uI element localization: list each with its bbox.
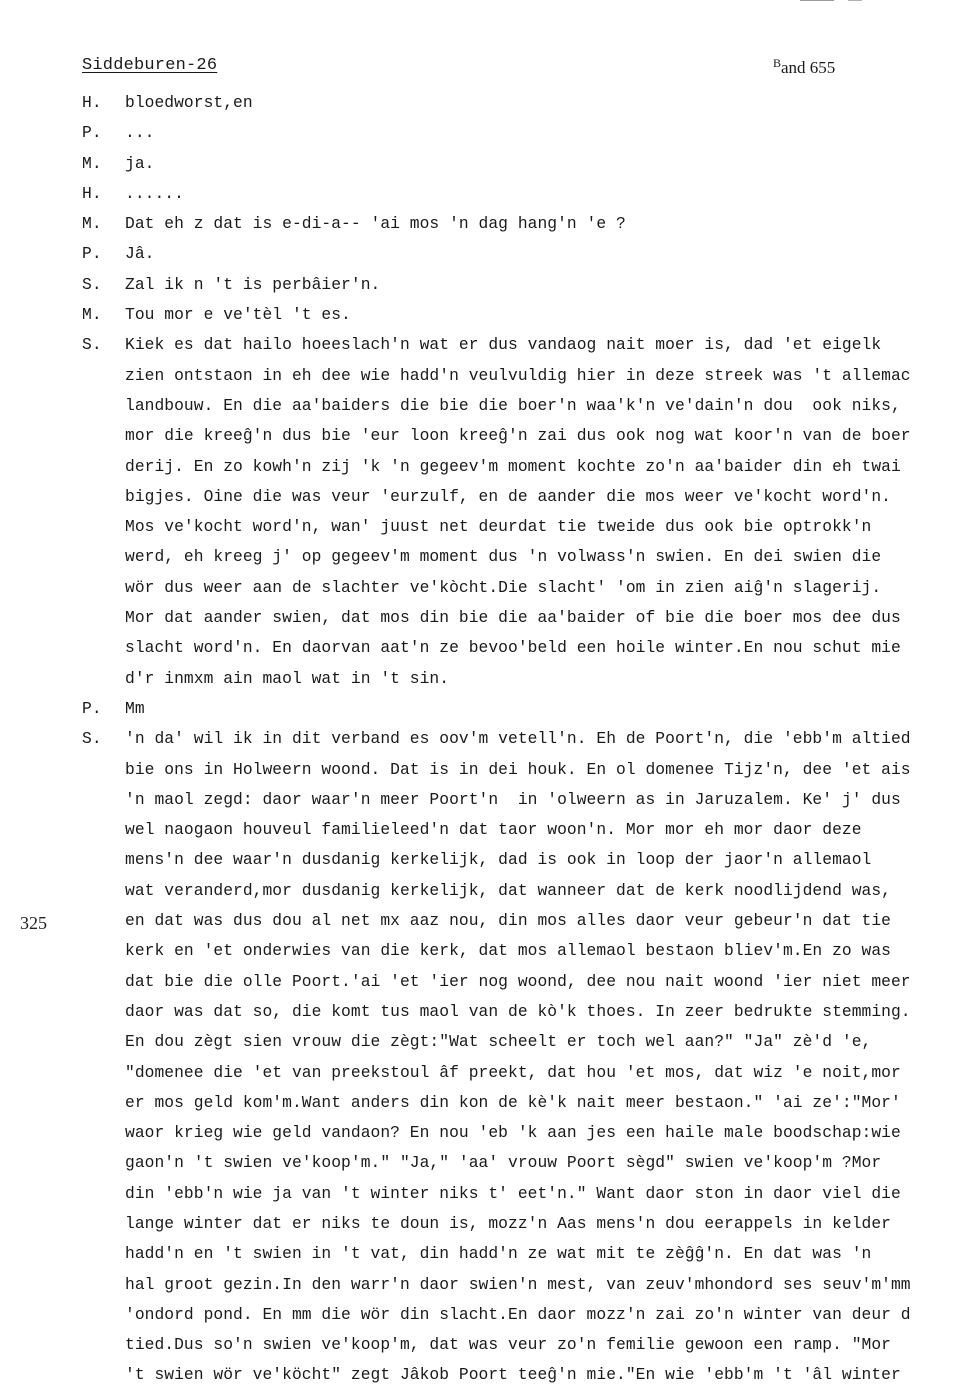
line-text: kerk en 'et onderwies van die kerk, dat …	[125, 936, 891, 966]
transcript-line: slacht word'n. En daorvan aat'n ze bevoo…	[82, 633, 972, 663]
transcript-line: M.Dat eh z dat is e-di-a-- 'ai mos 'n da…	[82, 209, 972, 239]
transcript-line: "domenee die 'et van preekstoul âf preek…	[82, 1058, 972, 1088]
transcript-line: daor was dat so, die komt tus maol van d…	[82, 997, 972, 1027]
transcript-line: 'ondord pond. En mm die wör din slacht.E…	[82, 1300, 972, 1330]
transcript-line: d'r inmxm ain maol wat in 't sin.	[82, 664, 972, 694]
transcript-line: hal groot gezin.In den warr'n daor swien…	[82, 1270, 972, 1300]
speaker-label: M.	[82, 149, 122, 179]
scan-mark	[848, 0, 862, 1]
line-text: din 'ebb'n wie ja van 't winter niks t' …	[125, 1179, 901, 1209]
transcript-line: S.Zal ik n 't is perbâier'n.	[82, 270, 972, 300]
band-prefix: B	[773, 56, 781, 70]
line-text: Mos ve'kocht word'n, wan' juust net deur…	[125, 512, 871, 542]
line-text: Mm	[125, 694, 145, 724]
speaker-label: P.	[82, 118, 122, 148]
transcript-line: Mos ve'kocht word'n, wan' juust net deur…	[82, 512, 972, 542]
line-text: waor krieg wie geld vandaon? En nou 'eb …	[125, 1118, 901, 1148]
transcript-line: H.......	[82, 179, 972, 209]
line-text: 't swien wör ve'köcht" zegt Jâkob Poort …	[125, 1360, 901, 1390]
line-text: derij. En zo kowh'n zij 'k 'n gegeev'm m…	[125, 452, 901, 482]
transcript-line: S.'n da' wil ik in dit verband es oov'm …	[82, 724, 972, 754]
line-text: en dat was dus dou al net mx aaz nou, di…	[125, 906, 891, 936]
transcript-line: zien ontstaon in eh dee wie hadd'n veulv…	[82, 361, 972, 391]
scan-marks	[800, 0, 870, 4]
transcript-body: H.bloedworst,enP....M.ja.H.......M.Dat e…	[82, 88, 972, 1390]
transcript-line: P....	[82, 118, 972, 148]
transcript-line: H.bloedworst,en	[82, 88, 972, 118]
transcript-line: P.Jâ.	[82, 239, 972, 269]
line-text: werd, eh kreeg j' op gegeev'm moment dus…	[125, 542, 881, 572]
line-text: Mor dat aander swien, dat mos din bie di…	[125, 603, 901, 633]
speaker-label: S.	[82, 724, 122, 754]
transcript-line: En dou zègt sien vrouw die zègt:"Wat sch…	[82, 1027, 972, 1057]
line-text: hadd'n en 't swien in 't vat, din hadd'n…	[125, 1239, 871, 1269]
transcript-line: bie ons in Holweern woond. Dat is in dei…	[82, 755, 972, 785]
transcript-line: dat bie die olle Poort.'ai 'et 'ier nog …	[82, 967, 972, 997]
document-title: Siddeburen-26	[82, 56, 217, 75]
speaker-label: M.	[82, 209, 122, 239]
line-text: lange winter dat er niks te doun is, moz…	[125, 1209, 891, 1239]
line-text: "domenee die 'et van preekstoul âf preek…	[125, 1058, 901, 1088]
line-text: wat veranderd,mor dusdanig kerkelijk, da…	[125, 876, 891, 906]
transcript-line: kerk en 'et onderwies van die kerk, dat …	[82, 936, 972, 966]
transcript-line: P.Mm	[82, 694, 972, 724]
line-text: Zal ik n 't is perbâier'n.	[125, 270, 380, 300]
tape-band-label: Band 655	[773, 56, 835, 78]
transcript-line: landbouw. En die aa'baiders die bie die …	[82, 391, 972, 421]
transcript-line: tied.Dus so'n swien ve'koop'm, dat was v…	[82, 1330, 972, 1360]
transcript-line: din 'ebb'n wie ja van 't winter niks t' …	[82, 1179, 972, 1209]
speaker-label: S.	[82, 330, 122, 360]
transcript-line: M.ja.	[82, 149, 972, 179]
speaker-label: P.	[82, 239, 122, 269]
line-text: bloedworst,en	[125, 88, 253, 118]
transcript-line: mor die kreeĝ'n dus bie 'eur loon kreeĝ'…	[82, 421, 972, 451]
transcript-line: wör dus weer aan de slachter ve'kòcht.Di…	[82, 573, 972, 603]
transcript-line: wel naogaon houveul familieleed'n dat ta…	[82, 815, 972, 845]
transcript-line: derij. En zo kowh'n zij 'k 'n gegeev'm m…	[82, 452, 972, 482]
line-text: Jâ.	[125, 239, 154, 269]
transcript-line: waor krieg wie geld vandaon? En nou 'eb …	[82, 1118, 972, 1148]
line-text: tied.Dus so'n swien ve'koop'm, dat was v…	[125, 1330, 891, 1360]
speaker-label: M.	[82, 300, 122, 330]
transcript-line: werd, eh kreeg j' op gegeev'm moment dus…	[82, 542, 972, 572]
line-text: er mos geld kom'm.Want anders din kon de…	[125, 1088, 901, 1118]
transcript-line: er mos geld kom'm.Want anders din kon de…	[82, 1088, 972, 1118]
transcript-line: bigjes. Oine die was veur 'eurzulf, en d…	[82, 482, 972, 512]
band-number: and 655	[781, 58, 835, 77]
transcript-line: S.Kiek es dat hailo hoeeslach'n wat er d…	[82, 330, 972, 360]
line-text: zien ontstaon in eh dee wie hadd'n veulv…	[125, 361, 911, 391]
speaker-label: P.	[82, 694, 122, 724]
transcript-line: Mor dat aander swien, dat mos din bie di…	[82, 603, 972, 633]
speaker-label: H.	[82, 179, 122, 209]
line-text: 'n da' wil ik in dit verband es oov'm ve…	[125, 724, 911, 754]
line-text: gaon'n 't swien ve'koop'm." "Ja," 'aa' v…	[125, 1148, 881, 1178]
speaker-label: S.	[82, 270, 122, 300]
line-text: mor die kreeĝ'n dus bie 'eur loon kreeĝ'…	[125, 421, 911, 451]
line-text: wel naogaon houveul familieleed'n dat ta…	[125, 815, 862, 845]
line-text: ......	[125, 179, 184, 209]
transcript-line: gaon'n 't swien ve'koop'm." "Ja," 'aa' v…	[82, 1148, 972, 1178]
transcript-line: M.Tou mor e ve'tèl 't es.	[82, 300, 972, 330]
line-text: En dou zègt sien vrouw die zègt:"Wat sch…	[125, 1027, 871, 1057]
transcript-line: 'n maol zegd: daor waar'n meer Poort'n i…	[82, 785, 972, 815]
line-text: Tou mor e ve'tèl 't es.	[125, 300, 351, 330]
line-text: landbouw. En die aa'baiders die bie die …	[125, 391, 901, 421]
line-text: ...	[125, 118, 154, 148]
transcript-line: 't swien wör ve'köcht" zegt Jâkob Poort …	[82, 1360, 972, 1390]
transcript-line: hadd'n en 't swien in 't vat, din hadd'n…	[82, 1239, 972, 1269]
transcript-line: lange winter dat er niks te doun is, moz…	[82, 1209, 972, 1239]
line-text: Kiek es dat hailo hoeeslach'n wat er dus…	[125, 330, 881, 360]
line-text: mens'n dee waar'n dusdanig kerkelijk, da…	[125, 845, 871, 875]
line-text: bigjes. Oine die was veur 'eurzulf, en d…	[125, 482, 891, 512]
line-text: wör dus weer aan de slachter ve'kòcht.Di…	[125, 573, 881, 603]
line-text: hal groot gezin.In den warr'n daor swien…	[125, 1270, 911, 1300]
line-text: 'n maol zegd: daor waar'n meer Poort'n i…	[125, 785, 901, 815]
line-text: 'ondord pond. En mm die wör din slacht.E…	[125, 1300, 911, 1330]
margin-page-number: 325	[20, 913, 47, 934]
line-text: ja.	[125, 149, 154, 179]
line-text: slacht word'n. En daorvan aat'n ze bevoo…	[125, 633, 901, 663]
line-text: bie ons in Holweern woond. Dat is in dei…	[125, 755, 911, 785]
scan-mark	[800, 0, 834, 1]
line-text: dat bie die olle Poort.'ai 'et 'ier nog …	[125, 967, 911, 997]
transcript-line: wat veranderd,mor dusdanig kerkelijk, da…	[82, 876, 972, 906]
line-text: d'r inmxm ain maol wat in 't sin.	[125, 664, 449, 694]
transcript-line: en dat was dus dou al net mx aaz nou, di…	[82, 906, 972, 936]
speaker-label: H.	[82, 88, 122, 118]
line-text: daor was dat so, die komt tus maol van d…	[125, 997, 911, 1027]
transcript-line: mens'n dee waar'n dusdanig kerkelijk, da…	[82, 845, 972, 875]
line-text: Dat eh z dat is e-di-a-- 'ai mos 'n dag …	[125, 209, 626, 239]
